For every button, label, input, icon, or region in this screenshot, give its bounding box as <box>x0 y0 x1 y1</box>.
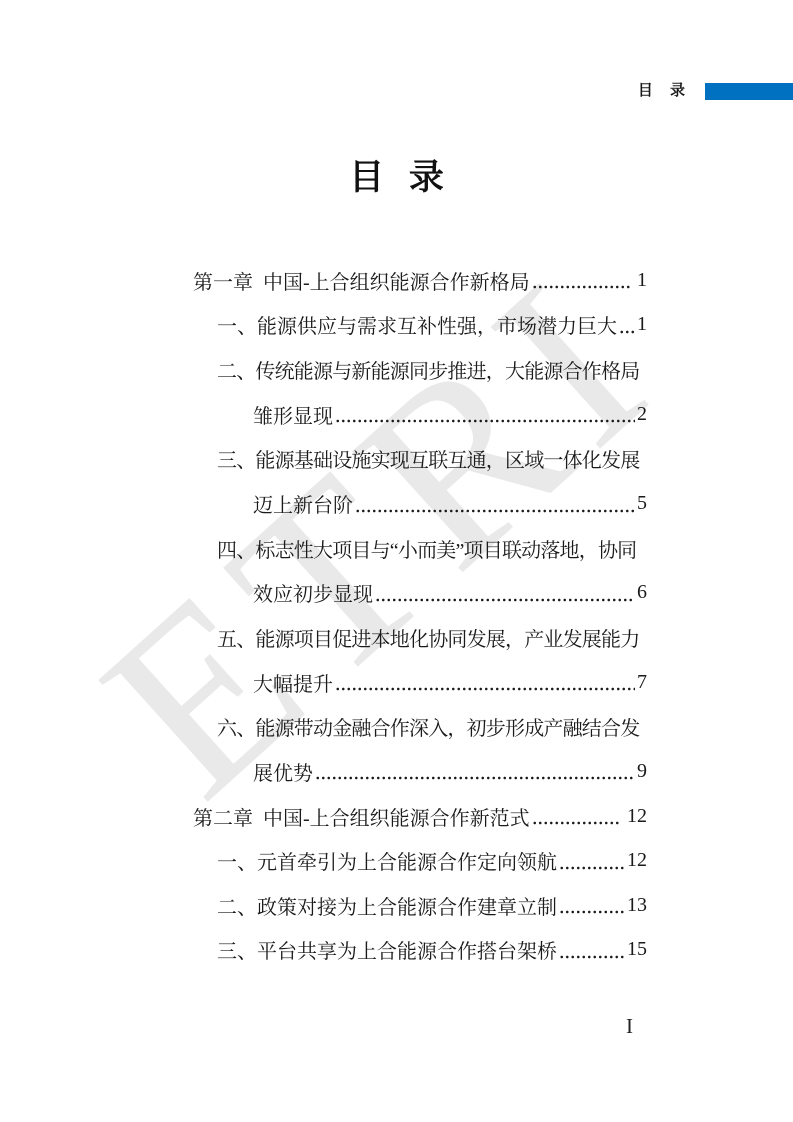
document-page: ETRI 目 录 目 录 第一章 中国-上合组织能源合作新格局1一、能源供应与需… <box>0 0 793 1122</box>
toc-entry-line: 五、能源项目促进本地化协同发展，产业发展能力 <box>193 615 647 660</box>
dot-leader <box>335 660 635 705</box>
dot-leader <box>355 481 635 526</box>
page-header: 目 录 <box>0 82 793 100</box>
toc-page-number: 15 <box>627 938 647 961</box>
toc-entry-line: 三、能源基础设施实现互联互通，区域一体化发展 <box>193 437 647 482</box>
toc-entry-line: 六、能源带动金融合作深入，初步形成产融结合发 <box>193 704 647 749</box>
toc-chapter-line: 第一章 中国-上合组织能源合作新格局1 <box>193 258 647 303</box>
header-accent-bar <box>705 83 793 100</box>
toc-entry-line: 雏形显现2 <box>193 392 647 437</box>
toc-entry-text: 三、能源基础设施实现互联互通，区域一体化发展 <box>217 444 639 473</box>
toc-entry-line: 三、平台共享为上合能源合作搭台架桥15 <box>193 928 647 973</box>
toc-page-number: 9 <box>637 760 647 783</box>
dot-leader <box>315 749 635 794</box>
toc-entry-line: 一、能源供应与需求互补性强，市场潜力巨大1 <box>193 303 647 348</box>
toc-entry-line: 一、元首牵引为上合能源合作定向领航12 <box>193 838 647 883</box>
dot-leader <box>532 794 620 839</box>
toc-entry-text: 效应初步显现 <box>253 578 373 607</box>
footer-page-number: I <box>626 1014 633 1039</box>
header-title: 目 录 <box>638 82 685 100</box>
toc-entry-text: 一、元首牵引为上合能源合作定向领航 <box>217 846 557 875</box>
toc-entry-line: 二、传统能源与新能源同步推进，大能源合作格局 <box>193 347 647 392</box>
toc-entry-text: 大幅提升 <box>253 668 333 697</box>
toc-page-number: 5 <box>637 492 647 515</box>
dot-leader <box>532 258 630 303</box>
toc-entry-text: 迈上新台阶 <box>253 489 353 518</box>
toc-page-number: 2 <box>637 403 647 426</box>
dot-leader <box>619 303 635 348</box>
toc-page-number: 7 <box>637 671 647 694</box>
toc-page-number: 12 <box>627 805 647 828</box>
dot-leader <box>559 883 625 928</box>
toc-entry-text: 第二章 中国-上合组织能源合作新范式 <box>193 802 530 831</box>
toc-entry-line: 四、标志性大项目与“小而美”项目联动落地，协同 <box>193 526 647 571</box>
toc-entry-line: 大幅提升7 <box>193 660 647 705</box>
dot-leader <box>559 928 625 973</box>
toc-page-number: 12 <box>627 849 647 872</box>
toc-entry-line: 二、政策对接为上合能源合作建章立制13 <box>193 883 647 928</box>
toc-chapter-line: 第二章 中国-上合组织能源合作新范式12 <box>193 794 647 839</box>
dot-leader <box>375 570 635 615</box>
dot-leader <box>559 838 625 883</box>
toc-list: 第一章 中国-上合组织能源合作新格局1一、能源供应与需求互补性强，市场潜力巨大1… <box>193 258 647 972</box>
toc-entry-text: 一、能源供应与需求互补性强，市场潜力巨大 <box>217 310 617 339</box>
toc-entry-line: 迈上新台阶5 <box>193 481 647 526</box>
toc-entry-text: 六、能源带动金融合作深入，初步形成产融结合发 <box>217 712 639 741</box>
toc-entry-text: 四、标志性大项目与“小而美”项目联动落地，协同 <box>217 534 636 563</box>
toc-entry-line: 效应初步显现6 <box>193 570 647 615</box>
toc-page-number: 13 <box>627 894 647 917</box>
toc-entry-text: 五、能源项目促进本地化协同发展，产业发展能力 <box>217 623 639 652</box>
toc-entry-text: 雏形显现 <box>253 400 333 429</box>
toc-page-number: 1 <box>637 313 647 336</box>
toc-entry-line: 展优势9 <box>193 749 647 794</box>
toc-page-number: 1 <box>637 269 647 292</box>
toc-entry-text: 三、平台共享为上合能源合作搭台架桥 <box>217 935 557 964</box>
toc-entry-text: 展优势 <box>253 757 313 786</box>
page-title: 目 录 <box>0 150 793 200</box>
toc-page-number: 6 <box>637 581 647 604</box>
toc-entry-text: 第一章 中国-上合组织能源合作新格局 <box>193 266 530 295</box>
toc-entry-text: 二、传统能源与新能源同步推进，大能源合作格局 <box>217 355 639 384</box>
toc-entry-text: 二、政策对接为上合能源合作建章立制 <box>217 891 557 920</box>
dot-leader <box>335 392 635 437</box>
